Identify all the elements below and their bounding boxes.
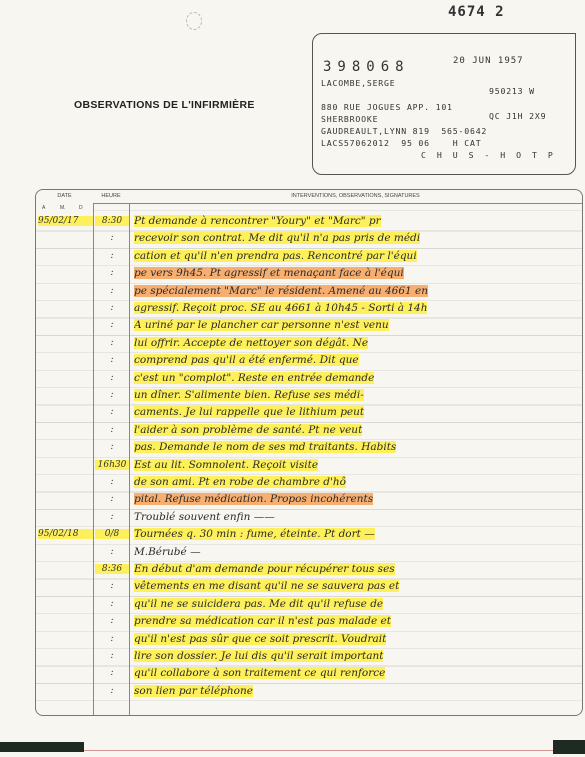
- row-note: pital. Refuse médication. Propos incohér…: [134, 493, 574, 505]
- note-text: Tournées q. 30 min : fume, éteinte. Pt d…: [134, 528, 375, 540]
- table-row: :l'aider à son problème de santé. Pt ne …: [36, 423, 582, 440]
- row-heure: :: [95, 303, 129, 313]
- row-heure: :: [95, 338, 129, 348]
- row-note: lui offrir. Accepte de nettoyer son dégâ…: [134, 337, 574, 349]
- note-text: comprend pas qu'il a été enfermé. Dit qu…: [134, 354, 359, 366]
- table-row: 95/02/178:30Pt demande à rencontrer "You…: [36, 214, 582, 231]
- table-row: :pe spécialement "Marc" le résident. Ame…: [36, 284, 582, 301]
- row-note: qu'il n'est pas sûr que ce soit prescrit…: [134, 633, 574, 645]
- row-heure: 16h30: [95, 460, 129, 470]
- table-row: :A uriné par le plancher car personne n'…: [36, 318, 582, 335]
- note-text: qu'il n'est pas sûr que ce soit prescrit…: [134, 633, 386, 645]
- row-note: Est au lit. Somnolent. Reçoit visite: [134, 459, 574, 471]
- table-row: :vêtements en me disant qu'il ne se sauv…: [36, 579, 582, 596]
- table-row: :prendre sa médication car il n'est pas …: [36, 614, 582, 631]
- row-note: lire son dossier. Je lui dis qu'il serai…: [134, 650, 574, 662]
- row-heure: :: [95, 651, 129, 661]
- patient-id: 398068: [323, 59, 410, 75]
- row-heure: :: [95, 373, 129, 383]
- patient-code: 950213 W: [489, 86, 535, 96]
- row-note: qu'il ne se suicidera pas. Me dit qu'il …: [134, 598, 574, 610]
- row-date: 95/02/18: [38, 529, 93, 539]
- date-subheader: A M. D: [36, 203, 93, 213]
- row-note: vêtements en me disant qu'il ne se sauve…: [134, 580, 574, 592]
- table-row: 95/02/180/8Tournées q. 30 min : fume, ét…: [36, 527, 582, 544]
- row-note: caments. Je lui rappelle que le lithium …: [134, 406, 574, 418]
- table-row: :lire son dossier. Je lui dis qu'il sera…: [36, 649, 582, 666]
- table-row: :pe vers 9h45. Pt agressif et menaçant f…: [36, 266, 582, 283]
- row-heure: :: [95, 355, 129, 365]
- row-heure: :: [95, 668, 129, 678]
- page-title: OBSERVATIONS DE L'INFIRMIÈRE: [74, 99, 255, 111]
- scan-edge-right: [553, 740, 585, 754]
- table-row: :comprend pas qu'il a été enfermé. Dit q…: [36, 353, 582, 370]
- patient-contact: GAUDREAULT,LYNN 819 565-0642: [321, 126, 487, 136]
- row-heure: :: [95, 634, 129, 644]
- row-heure: :: [95, 616, 129, 626]
- note-text: de son ami. Pt en robe de chambre d'hô: [134, 476, 346, 488]
- patient-name: LACOMBE,SERGE: [321, 78, 395, 88]
- patient-postal: QC J1H 2X9: [489, 111, 546, 121]
- note-text: lui offrir. Accepte de nettoyer son dégâ…: [134, 337, 368, 349]
- note-text: c'est un "complot". Reste en entrée dema…: [134, 372, 374, 384]
- table-row: :pital. Refuse médication. Propos incohé…: [36, 492, 582, 509]
- table-row: :de son ami. Pt en robe de chambre d'hô: [36, 475, 582, 492]
- row-heure: :: [95, 512, 129, 522]
- row-heure: :: [95, 581, 129, 591]
- birth-date: 20 JUN 1957: [453, 56, 524, 66]
- observation-sheet: DATE HEURE INTERVENTIONS, OBSERVATIONS, …: [35, 189, 583, 716]
- note-text: qu'il ne se suicidera pas. Me dit qu'il …: [134, 598, 383, 610]
- header-heure: HEURE: [93, 193, 129, 199]
- row-note: pas. Demande le nom de ses md traitants.…: [134, 441, 574, 453]
- row-note: Pt demande à rencontrer "Youry" et "Marc…: [134, 215, 574, 227]
- table-row: :qu'il ne se suicidera pas. Me dit qu'il…: [36, 597, 582, 614]
- row-heure: :: [95, 407, 129, 417]
- note-text: caments. Je lui rappelle que le lithium …: [134, 406, 364, 418]
- row-note: qu'il collabore à son traitement ce qui …: [134, 667, 574, 679]
- note-text: l'aider à son problème de santé. Pt ne v…: [134, 424, 362, 436]
- table-row: :M.Bérubé —: [36, 545, 582, 562]
- row-heure: :: [95, 686, 129, 696]
- note-text: pe vers 9h45. Pt agressif et menaçant fa…: [134, 267, 404, 279]
- table-row: :pas. Demande le nom de ses md traitants…: [36, 440, 582, 457]
- sub-year: A: [42, 205, 45, 211]
- note-text: agressif. Reçoit proc. SE au 4661 à 10h4…: [134, 302, 427, 314]
- row-heure: 8:36: [95, 564, 129, 574]
- row-note: de son ami. Pt en robe de chambre d'hô: [134, 476, 574, 488]
- row-heure: :: [95, 286, 129, 296]
- row-heure: 8:30: [95, 216, 129, 226]
- table-row: :lui offrir. Accepte de nettoyer son dég…: [36, 336, 582, 353]
- note-text: cation et qu'il n'en prendra pas. Rencon…: [134, 250, 417, 262]
- row-note: l'aider à son problème de santé. Pt ne v…: [134, 424, 574, 436]
- row-note: Troublé souvent enfin ——: [134, 511, 574, 523]
- row-heure: :: [95, 477, 129, 487]
- note-text: pe spécialement "Marc" le résident. Amen…: [134, 285, 428, 297]
- note-text: prendre sa médication car il n'est pas m…: [134, 615, 391, 627]
- punch-hole: [186, 12, 202, 30]
- sub-month: M.: [60, 205, 66, 211]
- row-heure: :: [95, 547, 129, 557]
- note-text: Troublé souvent enfin ——: [134, 511, 275, 523]
- row-heure: :: [95, 494, 129, 504]
- note-text: un dîner. S'alimente bien. Refuse ses mé…: [134, 389, 364, 401]
- table-row: :qu'il n'est pas sûr que ce soit prescri…: [36, 632, 582, 649]
- row-heure: :: [95, 425, 129, 435]
- table-row: :cation et qu'il n'en prendra pas. Renco…: [36, 249, 582, 266]
- sub-day: D: [79, 205, 83, 211]
- row-note: un dîner. S'alimente bien. Refuse ses mé…: [134, 389, 574, 401]
- scan-edge-left: [0, 742, 84, 752]
- row-date: 95/02/17: [38, 216, 93, 226]
- note-text: vêtements en me disant qu'il ne se sauve…: [134, 580, 399, 592]
- note-text: Pt demande à rencontrer "Youry" et "Marc…: [134, 215, 381, 227]
- table-row: :recevoir son contrat. Me dit qu'il n'a …: [36, 231, 582, 248]
- table-row: :agressif. Reçoit proc. SE au 4661 à 10h…: [36, 301, 582, 318]
- row-heure: :: [95, 233, 129, 243]
- row-note: Tournées q. 30 min : fume, éteinte. Pt d…: [134, 528, 574, 540]
- table-row: :caments. Je lui rappelle que le lithium…: [36, 405, 582, 422]
- note-text: A uriné par le plancher car personne n'e…: [134, 319, 389, 331]
- header-interventions: INTERVENTIONS, OBSERVATIONS, SIGNATURES: [129, 193, 582, 199]
- note-text: pital. Refuse médication. Propos incohér…: [134, 493, 373, 505]
- note-text: pas. Demande le nom de ses md traitants.…: [134, 441, 396, 453]
- note-text: qu'il collabore à son traitement ce qui …: [134, 667, 385, 679]
- row-note: A uriné par le plancher car personne n'e…: [134, 319, 574, 331]
- row-heure: :: [95, 251, 129, 261]
- table-row: :c'est un "complot". Reste en entrée dem…: [36, 371, 582, 388]
- institution: C H U S - H O T P: [421, 150, 556, 160]
- row-heure: :: [95, 320, 129, 330]
- table-row: :Troublé souvent enfin ——: [36, 510, 582, 527]
- table-row: :son lien par téléphone: [36, 684, 582, 701]
- note-text: Est au lit. Somnolent. Reçoit visite: [134, 459, 318, 471]
- row-note: recevoir son contrat. Me dit qu'il n'a p…: [134, 232, 574, 244]
- scan-edge-line: [84, 750, 554, 751]
- row-heure: :: [95, 599, 129, 609]
- note-text: recevoir son contrat. Me dit qu'il n'a p…: [134, 232, 420, 244]
- row-note: pe vers 9h45. Pt agressif et menaçant fa…: [134, 267, 574, 279]
- note-text: lire son dossier. Je lui dis qu'il serai…: [134, 650, 383, 662]
- row-heure: :: [95, 442, 129, 452]
- row-note: c'est un "complot". Reste en entrée dema…: [134, 372, 574, 384]
- row-note: pe spécialement "Marc" le résident. Amen…: [134, 285, 574, 297]
- row-note: M.Bérubé —: [134, 546, 574, 558]
- row-note: son lien par téléphone: [134, 685, 574, 697]
- row-note: En début d'am demande pour récupérer tou…: [134, 563, 574, 575]
- row-heure: 0/8: [95, 529, 129, 539]
- table-row: 16h30Est au lit. Somnolent. Reçoit visit…: [36, 458, 582, 475]
- row-note: agressif. Reçoit proc. SE au 4661 à 10h4…: [134, 302, 574, 314]
- note-text: M.Bérubé —: [134, 546, 201, 558]
- header-date: DATE: [36, 193, 93, 199]
- table-header: DATE HEURE INTERVENTIONS, OBSERVATIONS, …: [36, 190, 582, 204]
- note-text: son lien par téléphone: [134, 685, 253, 697]
- note-text: En début d'am demande pour récupérer tou…: [134, 563, 395, 575]
- table-row: 8:36En début d'am demande pour récupérer…: [36, 562, 582, 579]
- row-heure: :: [95, 390, 129, 400]
- table-row: :un dîner. S'alimente bien. Refuse ses m…: [36, 388, 582, 405]
- form-number: 4674 2: [448, 4, 505, 20]
- patient-address: 880 RUE JOGUES APP. 101: [321, 102, 453, 112]
- row-note: comprend pas qu'il a été enfermé. Dit qu…: [134, 354, 574, 366]
- patient-city: SHERBROOKE: [321, 114, 378, 124]
- row-note: prendre sa médication car il n'est pas m…: [134, 615, 574, 627]
- patient-card: 398068 20 JUN 1957 LACOMBE,SERGE 950213 …: [312, 33, 576, 175]
- patient-insurance: LACS57062012 95 06 H CAT: [321, 138, 481, 148]
- table-row: :qu'il collabore à son traitement ce qui…: [36, 666, 582, 683]
- row-note: cation et qu'il n'en prendra pas. Rencon…: [134, 250, 574, 262]
- row-heure: :: [95, 268, 129, 278]
